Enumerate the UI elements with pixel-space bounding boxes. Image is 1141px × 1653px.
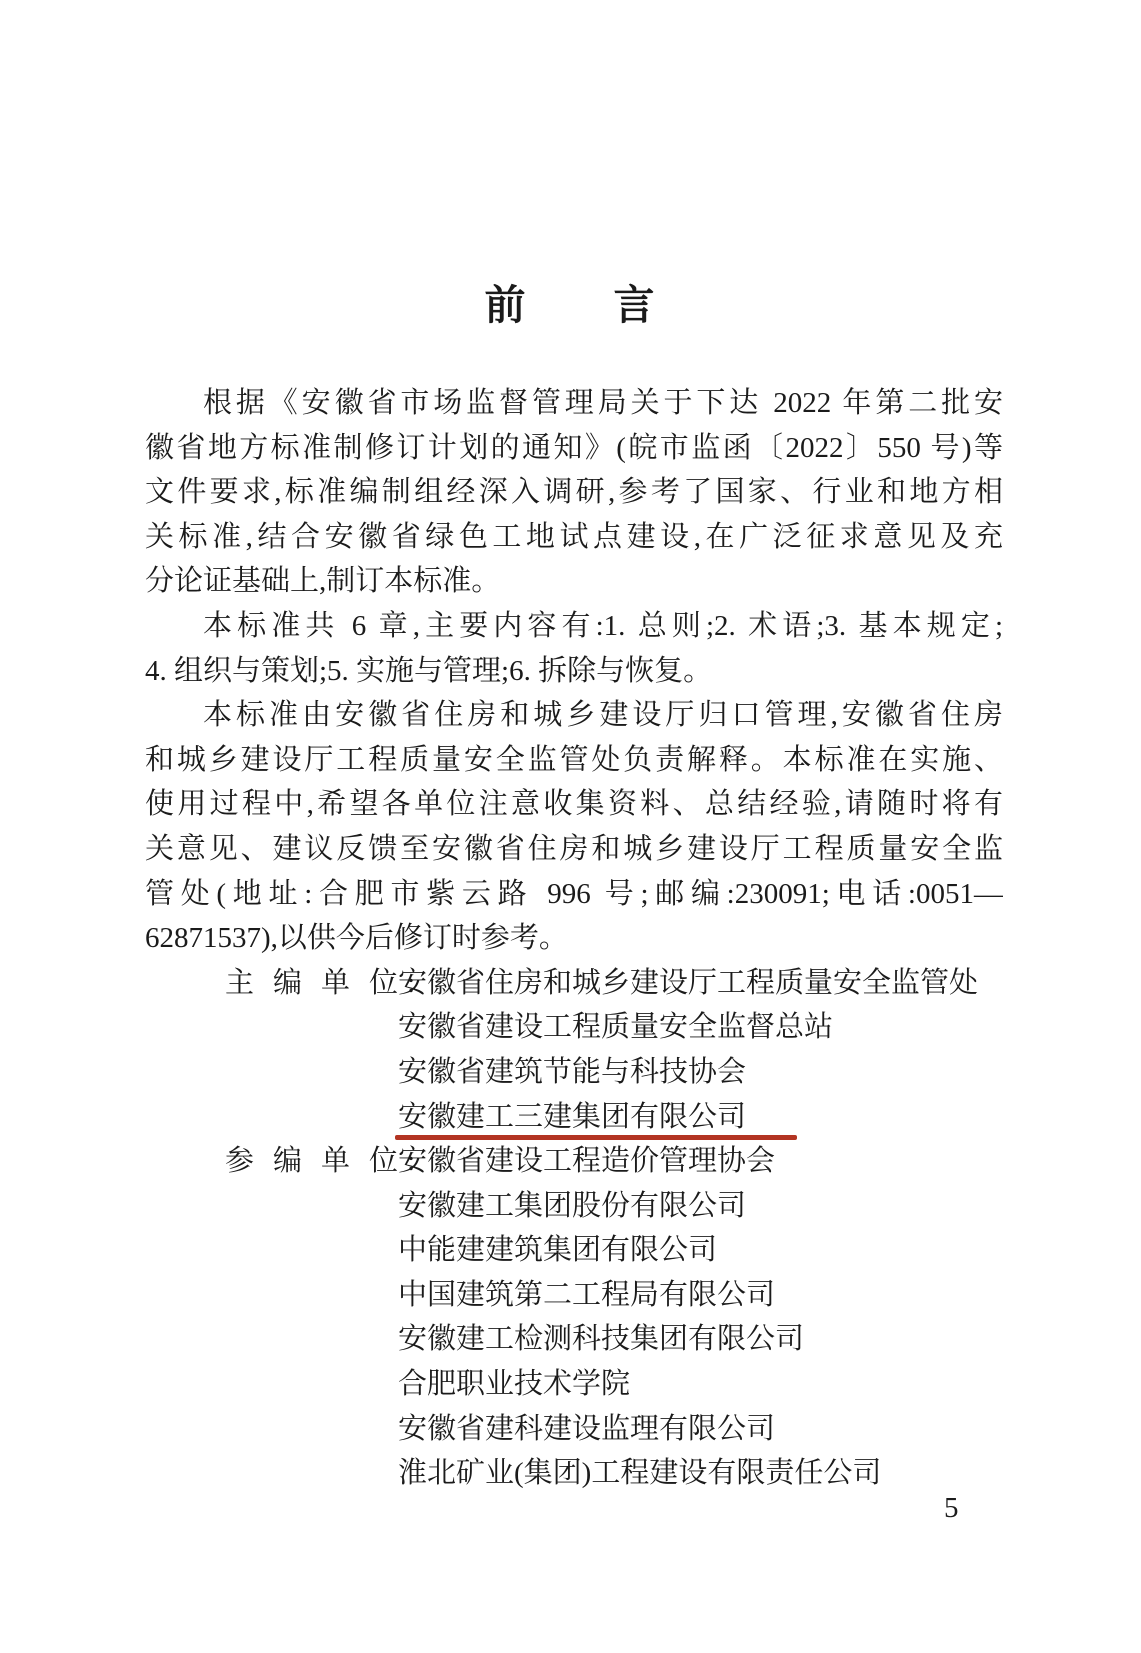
body-line: 4. 组织与策划;5. 实施与管理;6. 拆除与恢复。: [145, 649, 1003, 694]
chief-editor-label: 主编单位:: [225, 961, 415, 1006]
body-line: 关意见、建议反馈至安徽省住房和城乡建设厅工程质量安全监: [145, 827, 1003, 872]
body-line: 文件要求,标准编制组经深入调研,参考了国家、行业和地方相: [145, 470, 1003, 515]
org-name: 中能建建筑集团有限公司: [145, 1228, 1003, 1273]
org-name: 安徽建工集团股份有限公司: [145, 1184, 1003, 1229]
page-title: 前 言: [0, 272, 1141, 331]
label-colon: :: [407, 967, 415, 999]
document-page: 前 言 根据《安徽省市场监督管理局关于下达 2022 年第二批安 徽省地方标准制…: [0, 0, 1141, 1653]
org-name-highlighted: 安徽建工三建集团有限公司: [145, 1095, 1003, 1140]
participant-editor-row: 参编单位: 安徽省建设工程造价管理协会: [145, 1139, 1003, 1184]
document-body: 根据《安徽省市场监督管理局关于下达 2022 年第二批安 徽省地方标准制修订计划…: [145, 381, 1003, 1496]
body-line: 徽省地方标准制修订计划的通知》(皖市监函〔2022〕550 号)等: [145, 426, 1003, 471]
body-line: 管处(地址:合肥市紫云路 996 号;邮编:230091;电话:0051—: [145, 872, 1003, 917]
chief-editor-row: 主编单位: 安徽省住房和城乡建设厅工程质量安全监管处: [145, 961, 1003, 1006]
body-line: 和城乡建设厅工程质量安全监管处负责解释。本标准在实施、: [145, 738, 1003, 783]
org-name: 安徽建工检测科技集团有限公司: [145, 1317, 1003, 1362]
org-name: 合肥职业技术学院: [145, 1362, 1003, 1407]
participant-editor-label: 参编单位:: [225, 1139, 415, 1184]
body-line: 分论证基础上,制订本标准。: [145, 559, 1003, 604]
highlight-underline: [395, 1135, 797, 1140]
body-line: 根据《安徽省市场监督管理局关于下达 2022 年第二批安: [145, 381, 1003, 426]
org-name: 安徽省建科建设监理有限公司: [145, 1407, 1003, 1452]
body-line: 本标准共 6 章,主要内容有:1. 总则;2. 术语;3. 基本规定;: [145, 604, 1003, 649]
body-line: 62871537),以供今后修订时参考。: [145, 916, 1003, 961]
org-name: 淮北矿业(集团)工程建设有限责任公司: [145, 1451, 1003, 1496]
org-name: 中国建筑第二工程局有限公司: [145, 1273, 1003, 1318]
body-line: 使用过程中,希望各单位注意收集资料、总结经验,请随时将有: [145, 782, 1003, 827]
label-colon: :: [407, 1145, 415, 1177]
body-line: 本标准由安徽省住房和城乡建设厅归口管理,安徽省住房: [145, 693, 1003, 738]
page-number: 5: [944, 1492, 959, 1524]
body-line: 关标准,结合安徽省绿色工地试点建设,在广泛征求意见及充: [145, 515, 1003, 560]
org-name: 安徽省建筑节能与科技协会: [145, 1050, 1003, 1095]
org-name: 安徽省建设工程质量安全监督总站: [145, 1005, 1003, 1050]
